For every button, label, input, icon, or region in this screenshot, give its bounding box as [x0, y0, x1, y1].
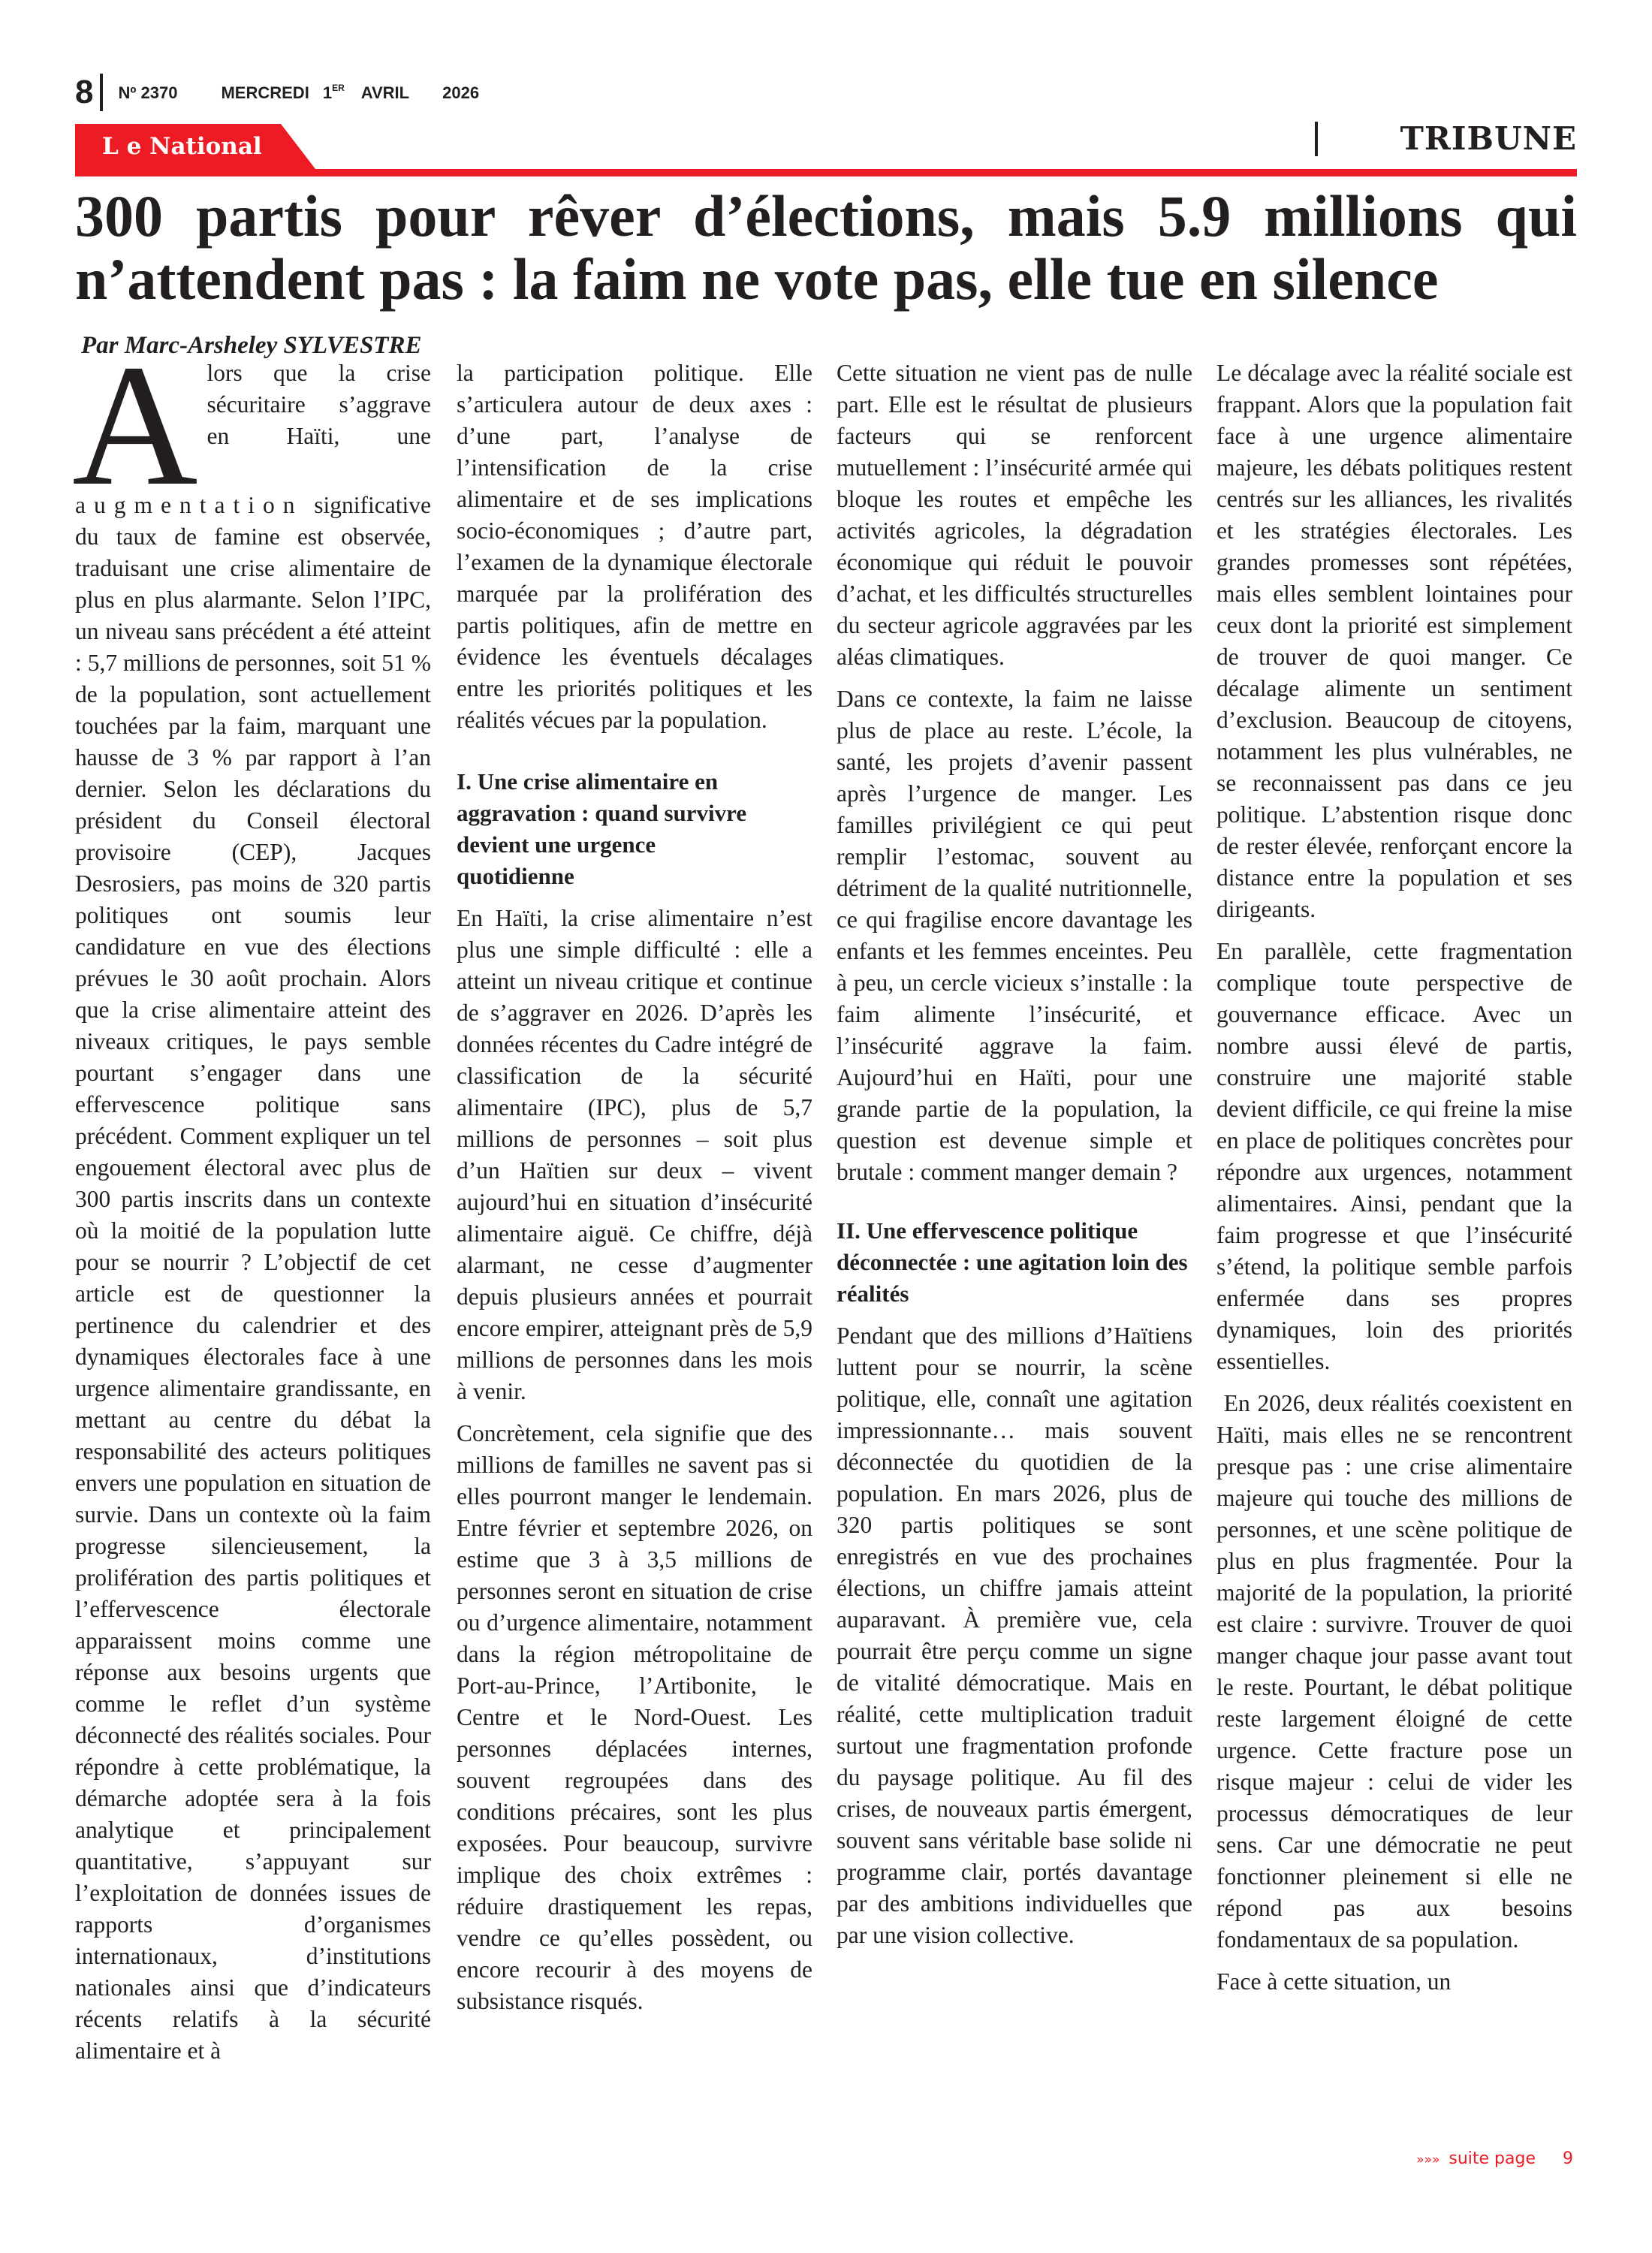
headline: 300 partis pour rêver d’élections, mais …: [75, 185, 1577, 311]
section-2-paragraph: Le décalage avec la réalité sociale est …: [1216, 357, 1572, 925]
intro-lead-spread: augmentation: [75, 492, 303, 518]
column-1: Alors que la crise sécuritaire s’aggrave…: [75, 357, 431, 2077]
column-3: Cette situation ne vient pas de nulle pa…: [837, 357, 1192, 1962]
section-2-paragraph: Pendant que des millions d’Haïtiens lutt…: [837, 1320, 1192, 1951]
article-body: Alors que la crise sécuritaire s’aggrave…: [75, 357, 1577, 2145]
folio-divider: [100, 74, 103, 111]
day: 1ER: [323, 83, 345, 103]
section-2-paragraph: En 2026, deux réalités coexistent en Haï…: [1216, 1388, 1572, 1956]
section-2-heading: II. Une effervescence politique déconnec…: [837, 1215, 1192, 1310]
issue-number: Nº 2370: [118, 83, 177, 103]
column-2: la participation politique. Elle s’artic…: [457, 357, 812, 2028]
section-1-paragraph: Concrètement, cela signifie que des mill…: [457, 1418, 812, 2017]
page-number: 8: [75, 76, 92, 109]
intro-paragraph: Alors que la crise sécuritaire s’aggrave…: [75, 357, 431, 2067]
folio: 8 Nº 2370 MERCREDI 1ER AVRIL 2026: [75, 74, 479, 111]
intro-continued: la participation politique. Elle s’artic…: [457, 357, 812, 736]
dateline: Nº 2370 MERCREDI 1ER AVRIL 2026: [118, 83, 479, 103]
drop-cap: A: [72, 362, 198, 490]
intro-body: significative du taux de famine est obse…: [75, 492, 431, 2064]
section-label: TRIBUNE: [1315, 120, 1577, 157]
section-1-heading: I. Une crise alimentaire en aggravation …: [457, 766, 772, 892]
section-1-paragraph: Cette situation ne vient pas de nulle pa…: [837, 357, 1192, 673]
month: AVRIL: [361, 83, 409, 103]
section-2-paragraph: Face à cette situation, un: [1216, 1966, 1572, 1998]
section-divider: [1315, 122, 1318, 156]
continuation-page: 9: [1563, 2149, 1573, 2168]
continuation-link[interactable]: »»» suite page 9: [1416, 2149, 1573, 2168]
intro-lead: lors que la crise sécuritaire s’aggrave …: [207, 360, 431, 449]
section-name: TRIBUNE: [1400, 120, 1577, 157]
red-rule: [75, 169, 1577, 176]
year: 2026: [442, 83, 479, 103]
section-1-paragraph: En Haïti, la crise alimentaire n’est plu…: [457, 903, 812, 1407]
section-2-paragraph: En parallèle, cette fragmentation compli…: [1216, 936, 1572, 1377]
weekday: MERCREDI: [221, 83, 309, 103]
day-suffix: ER: [332, 83, 345, 93]
chevrons-right-icon: »»»: [1416, 2152, 1439, 2167]
brand-logo: L e National: [102, 133, 262, 160]
column-4: Le décalage avec la réalité sociale est …: [1216, 357, 1572, 2008]
day-number: 1: [323, 83, 332, 103]
continuation-label: suite page: [1449, 2149, 1536, 2168]
section-1-paragraph: Dans ce contexte, la faim ne laisse plus…: [837, 683, 1192, 1188]
